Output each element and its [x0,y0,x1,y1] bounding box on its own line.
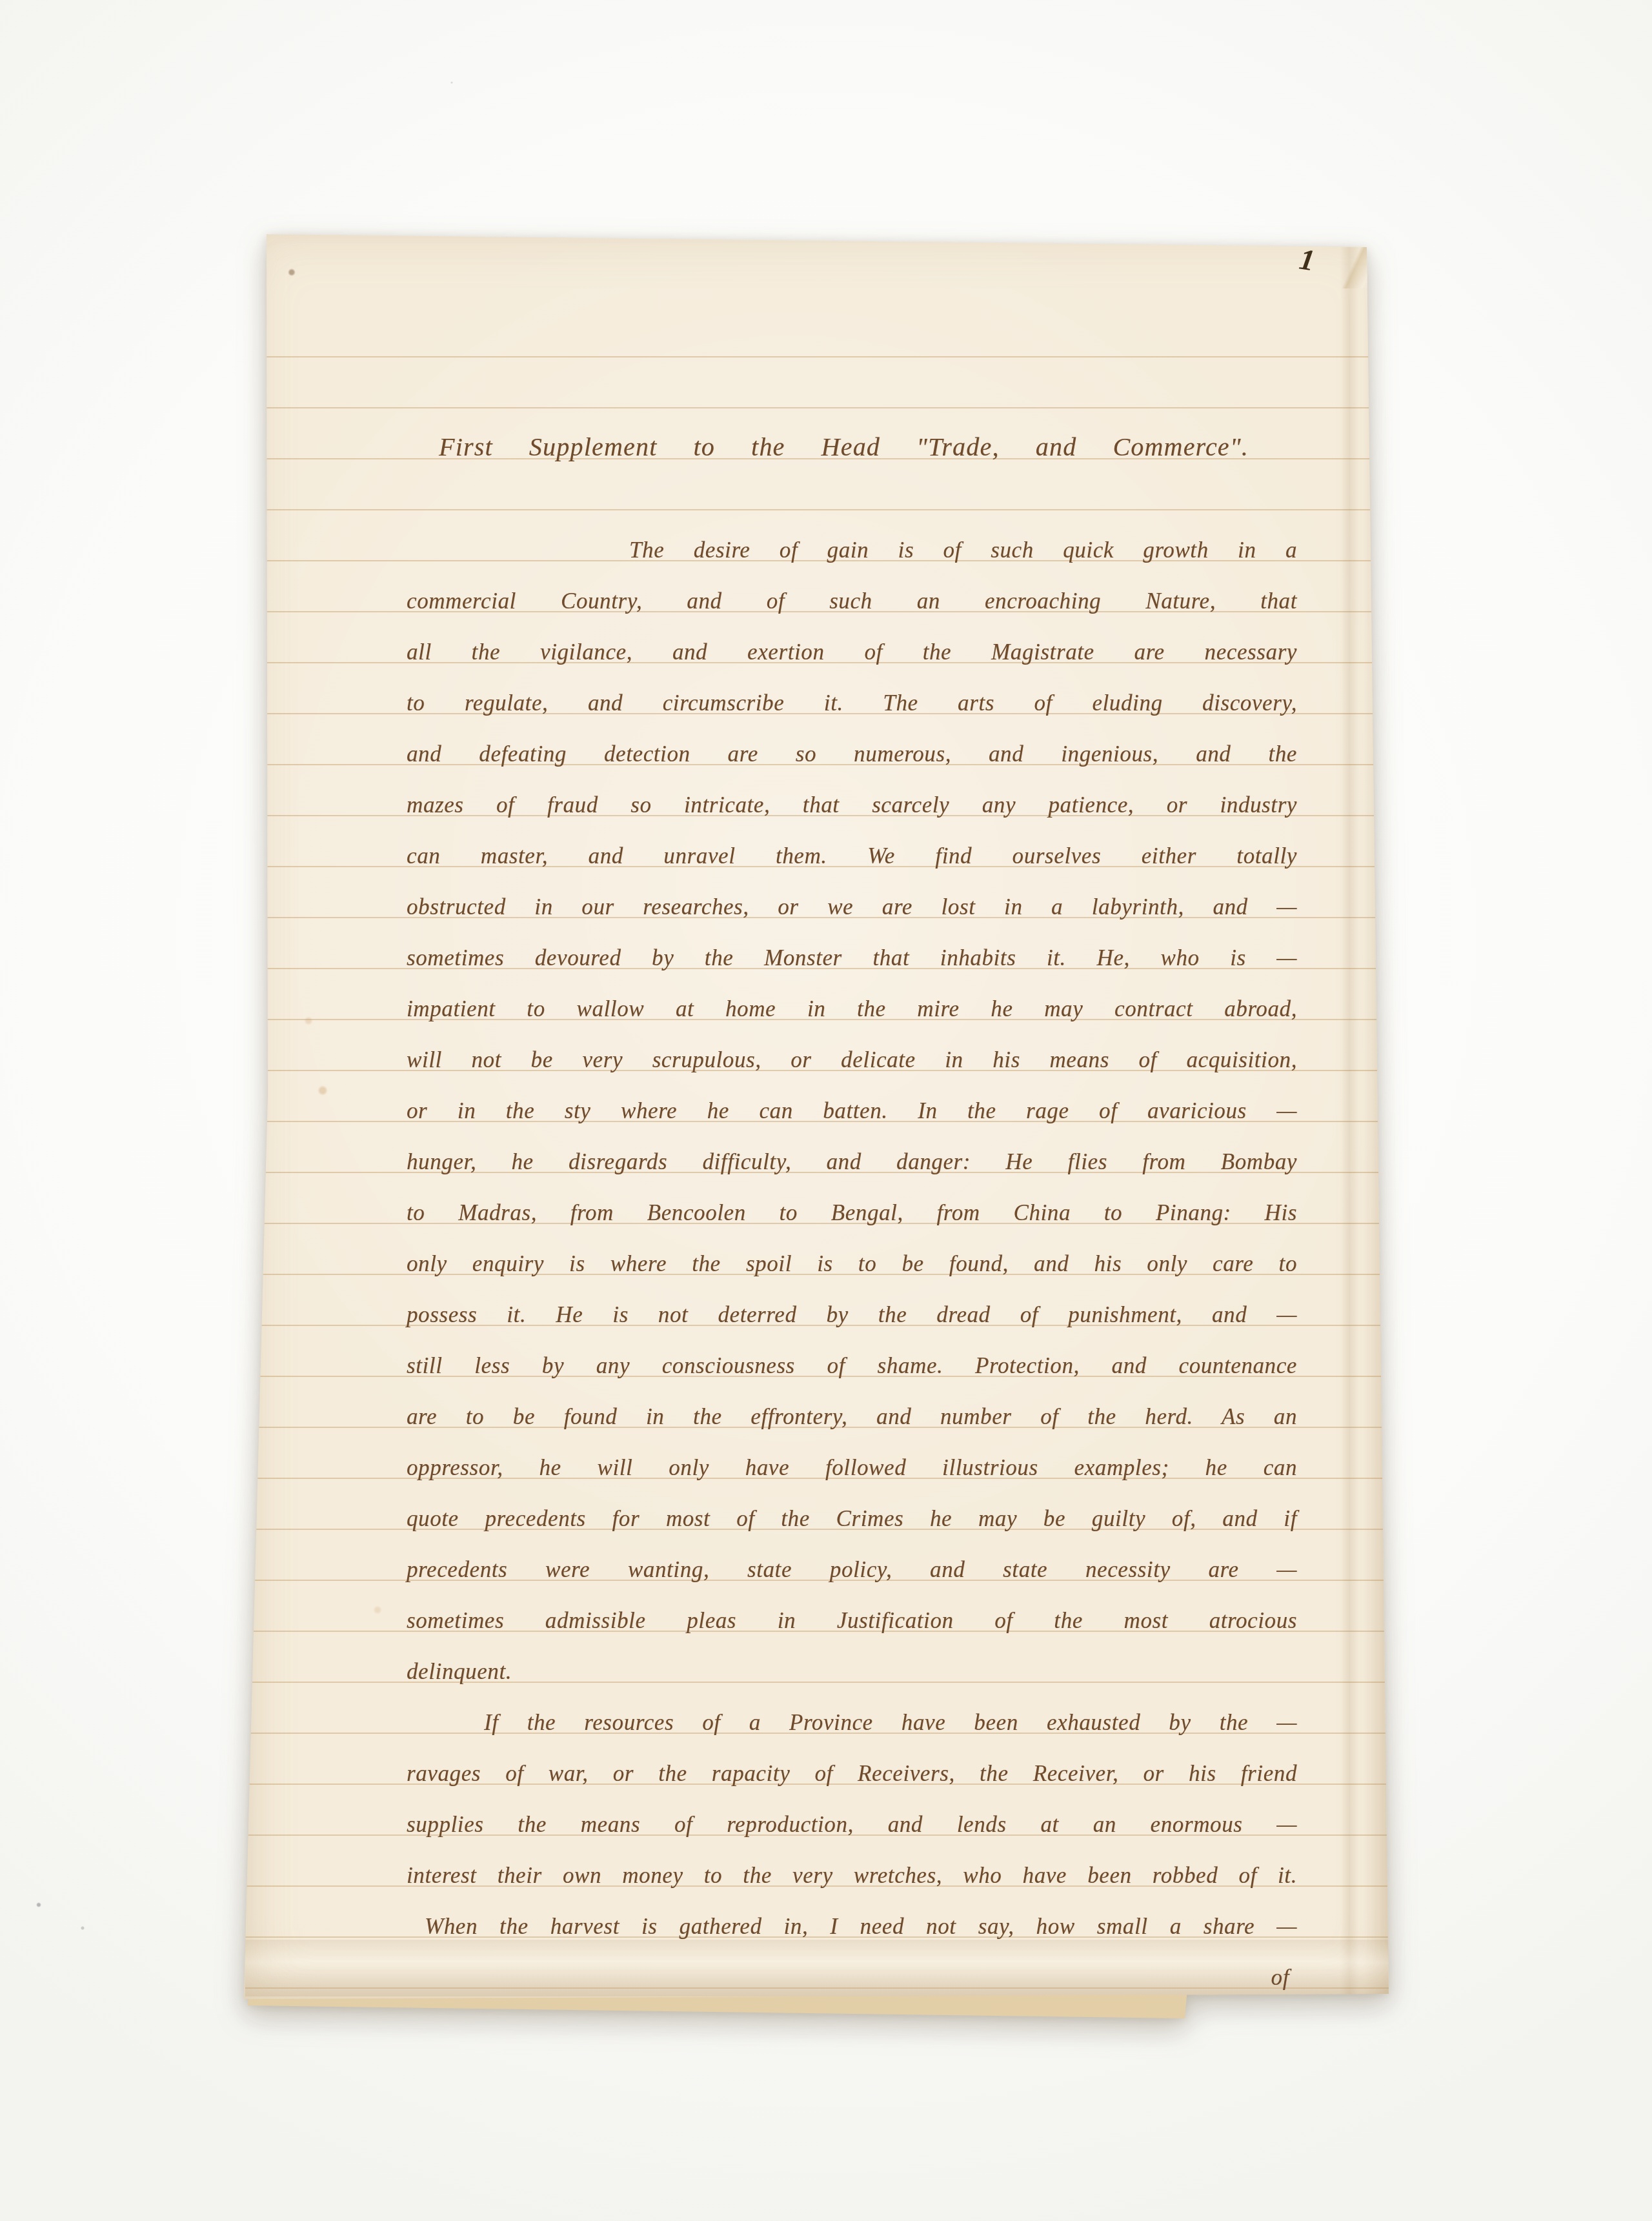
manuscript-text: First Supplement to the Head "Trade, and… [277,407,1297,1987]
manuscript-line: delinquent. [277,1631,1297,1682]
manuscript-line: supplies the means of reproduction, and … [277,1784,1297,1834]
manuscript-line: possess it. He is not deterred by the dr… [277,1274,1297,1325]
manuscript-line: to regulate, and circumscribe it. The ar… [277,662,1297,713]
catchword: of [277,1936,1297,1987]
manuscript-line: will not be very scrupulous, or delicate… [277,1019,1297,1070]
manuscript-line: When the harvest is gathered in, I need … [277,1885,1297,1936]
manuscript-line: quote precedents for most of the Crimes … [277,1478,1297,1529]
manuscript-line: The desire of gain is of such quick grow… [277,509,1297,560]
manuscript-line: interest their own money to the very wre… [277,1834,1297,1885]
manuscript-line: impatient to wallow at home in the mire … [277,968,1297,1019]
manuscript-line: are to be found in the effrontery, and n… [277,1376,1297,1427]
manuscript-line: sometimes devoured by the Monster that i… [277,917,1297,968]
document-photo: 1 First Supplement to the Head "Trade, a… [0,0,1652,2221]
manuscript-line: all the vigilance, and exertion of the M… [277,611,1297,662]
manuscript-line: hunger, he disregards difficulty, and da… [277,1121,1297,1172]
manuscript-line: sometimes admissible pleas in Justificat… [277,1580,1297,1631]
manuscript-line: only enquiry is where the spoil is to be… [277,1223,1297,1274]
sheet-stack: 1 First Supplement to the Head "Trade, a… [0,0,1652,2221]
manuscript-line: mazes of fraud so intricate, that scarce… [277,764,1297,815]
manuscript-line: ravages of war, or the rapacity of Recei… [277,1733,1297,1784]
manuscript-page: 1 First Supplement to the Head "Trade, a… [0,0,1652,2221]
manuscript-line: oppressor, he will only have followed il… [277,1427,1297,1478]
manuscript-line: and defeating detection are so numerous,… [277,713,1297,764]
manuscript-line: commercial Country, and of such an encro… [277,560,1297,611]
manuscript-line: still less by any consciousness of shame… [277,1325,1297,1376]
manuscript-line: or in the sty where he can batten. In th… [277,1070,1297,1121]
manuscript-line: obstructed in our researches, or we are … [277,866,1297,917]
manuscript-line: to Madras, from Bencoolen to Bengal, fro… [277,1172,1297,1223]
manuscript-line: can master, and unravel them. We find ou… [277,815,1297,866]
manuscript-line: If the resources of a Province have been… [277,1682,1297,1733]
manuscript-title-line: First Supplement to the Head "Trade, and… [277,407,1249,458]
manuscript-line: precedents were wanting, state policy, a… [277,1529,1297,1580]
manuscript-line [277,458,1297,509]
